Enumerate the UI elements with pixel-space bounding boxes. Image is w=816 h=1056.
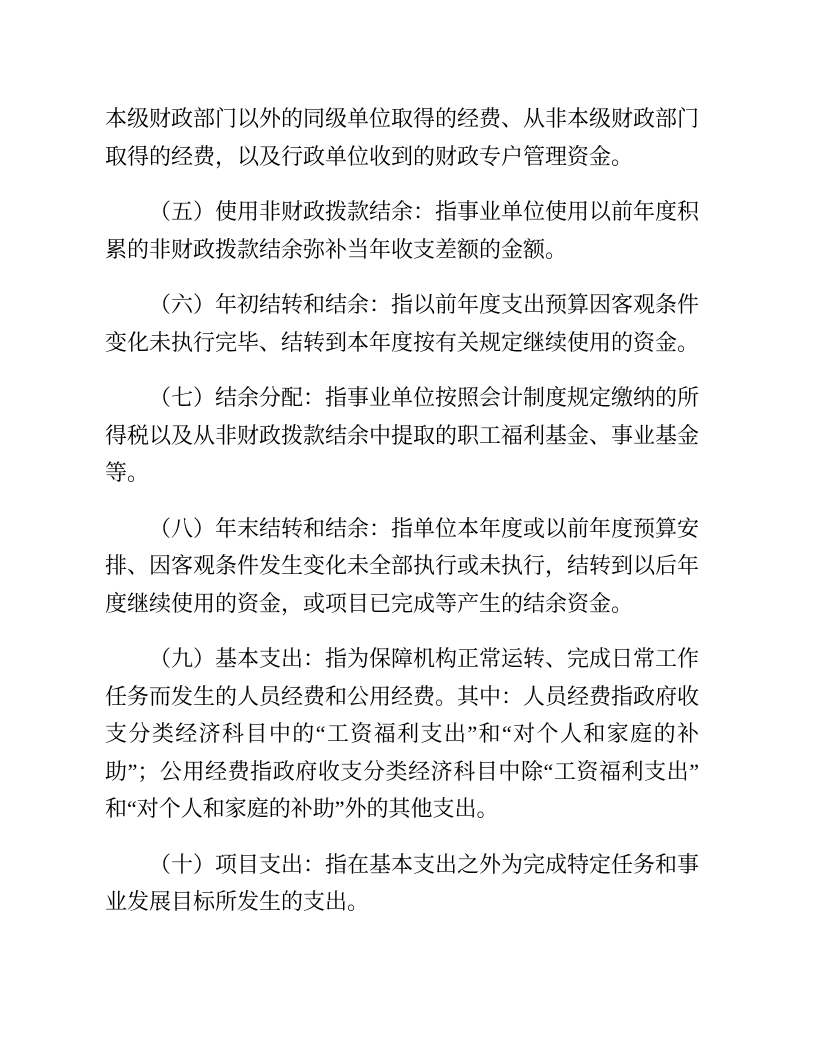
- paragraph-item-8: （八）年末结转和结余：指单位本年度或以前年度预算安排、因客观条件发生变化未全部执…: [105, 510, 699, 623]
- paragraph-continuation: 本级财政部门以外的同级单位取得的经费、从非本级财政部门取得的经费，以及行政单位收…: [105, 100, 699, 175]
- paragraph-item-6: （六）年初结转和结余：指以前年度支出预算因客观条件变化未执行完毕、结转到本年度按…: [105, 286, 699, 361]
- paragraph-item-5: （五）使用非财政拨款结余：指事业单位使用以前年度积累的非财政拨款结余弥补当年收支…: [105, 193, 699, 268]
- paragraph-item-10: （十）项目支出：指在基本支出之外为完成特定任务和事业发展目标所发生的支出。: [105, 846, 699, 921]
- paragraph-item-9: （九）基本支出：指为保障机构正常运转、完成日常工作任务而发生的人员经费和公用经费…: [105, 640, 699, 828]
- document-content: 本级财政部门以外的同级单位取得的经费、从非本级财政部门取得的经费，以及行政单位收…: [105, 100, 699, 939]
- document-page: 本级财政部门以外的同级单位取得的经费、从非本级财政部门取得的经费，以及行政单位收…: [0, 0, 816, 1056]
- paragraph-item-7: （七）结余分配：指事业单位按照会计制度规定缴纳的所得税以及从非财政拨款结余中提取…: [105, 379, 699, 492]
